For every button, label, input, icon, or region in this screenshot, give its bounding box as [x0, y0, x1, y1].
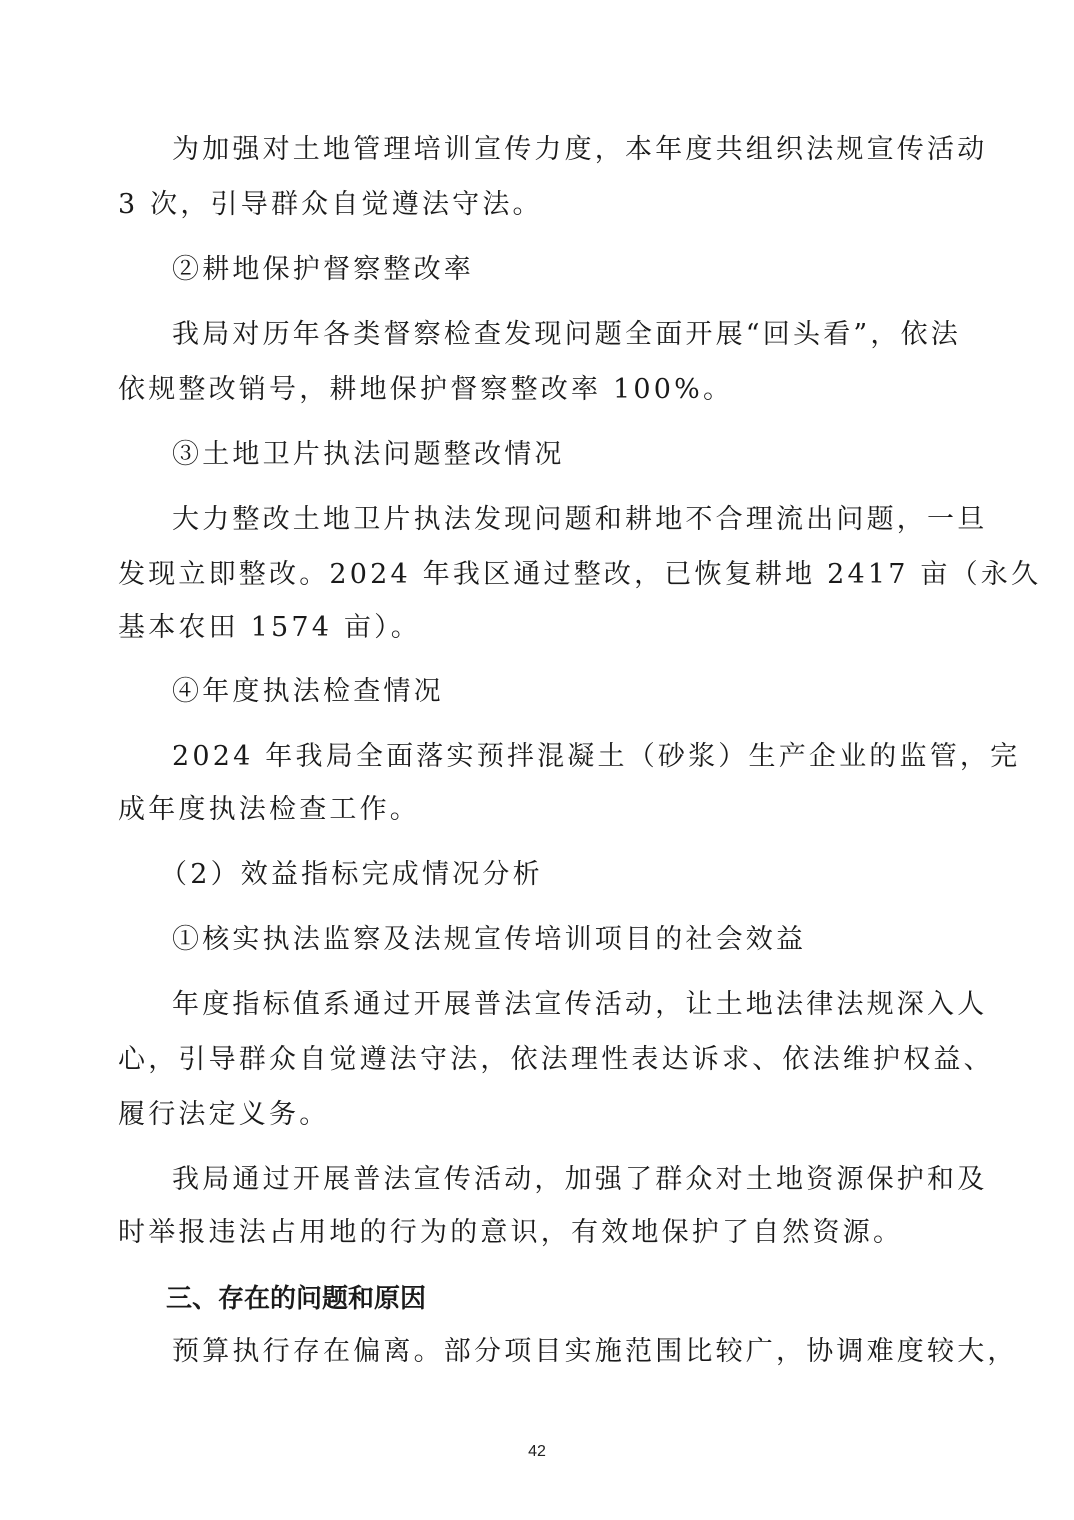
paragraph-line: 基本农田 1574 亩）。 [118, 610, 958, 646]
paragraph-line: 时举报违法占用地的行为的意识，有效地保护了自然资源。 [118, 1215, 958, 1251]
subheading: ③土地卫片执法问题整改情况 [172, 437, 1012, 473]
paragraph-line: 心，引导群众自觉遵法守法，依法理性表达诉求、依法维护权益、 [118, 1042, 958, 1078]
section-subheading: （2）效益指标完成情况分析 [160, 857, 1000, 893]
page-number: 42 [0, 1443, 1074, 1461]
paragraph-line: 3 次，引导群众自觉遵法守法。 [118, 187, 958, 223]
paragraph-line: 预算执行存在偏离。部分项目实施范围比较广，协调难度较大， [172, 1334, 1012, 1370]
subheading: ④年度执法检查情况 [172, 674, 1012, 710]
paragraph-line: 履行法定义务。 [118, 1097, 958, 1133]
paragraph-line: 大力整改土地卫片执法发现问题和耕地不合理流出问题，一旦 [172, 502, 1012, 538]
paragraph-line: 年度指标值系通过开展普法宣传活动，让土地法律法规深入人 [172, 987, 1012, 1023]
paragraph-line: 2024 年我局全面落实预拌混凝土（砂浆）生产企业的监管，完 [172, 739, 1012, 775]
subheading: ①核实执法监察及法规宣传培训项目的社会效益 [172, 922, 1012, 958]
paragraph-line: 我局通过开展普法宣传活动，加强了群众对土地资源保护和及 [172, 1162, 1012, 1198]
paragraph-line: 我局对历年各类督察检查发现问题全面开展“回头看”，依法 [172, 317, 1012, 353]
paragraph-line: 成年度执法检查工作。 [118, 792, 958, 828]
paragraph-line: 为加强对土地管理培训宣传力度，本年度共组织法规宣传活动 [172, 132, 1012, 168]
paragraph-line: 依规整改销号，耕地保护督察整改率 100%。 [118, 372, 958, 408]
paragraph-line: 发现立即整改。2024 年我区通过整改，已恢复耕地 2417 亩（永久 [118, 557, 958, 593]
subheading: ②耕地保护督察整改率 [172, 252, 1012, 288]
section-heading: 三、存在的问题和原因 [166, 1281, 1006, 1317]
